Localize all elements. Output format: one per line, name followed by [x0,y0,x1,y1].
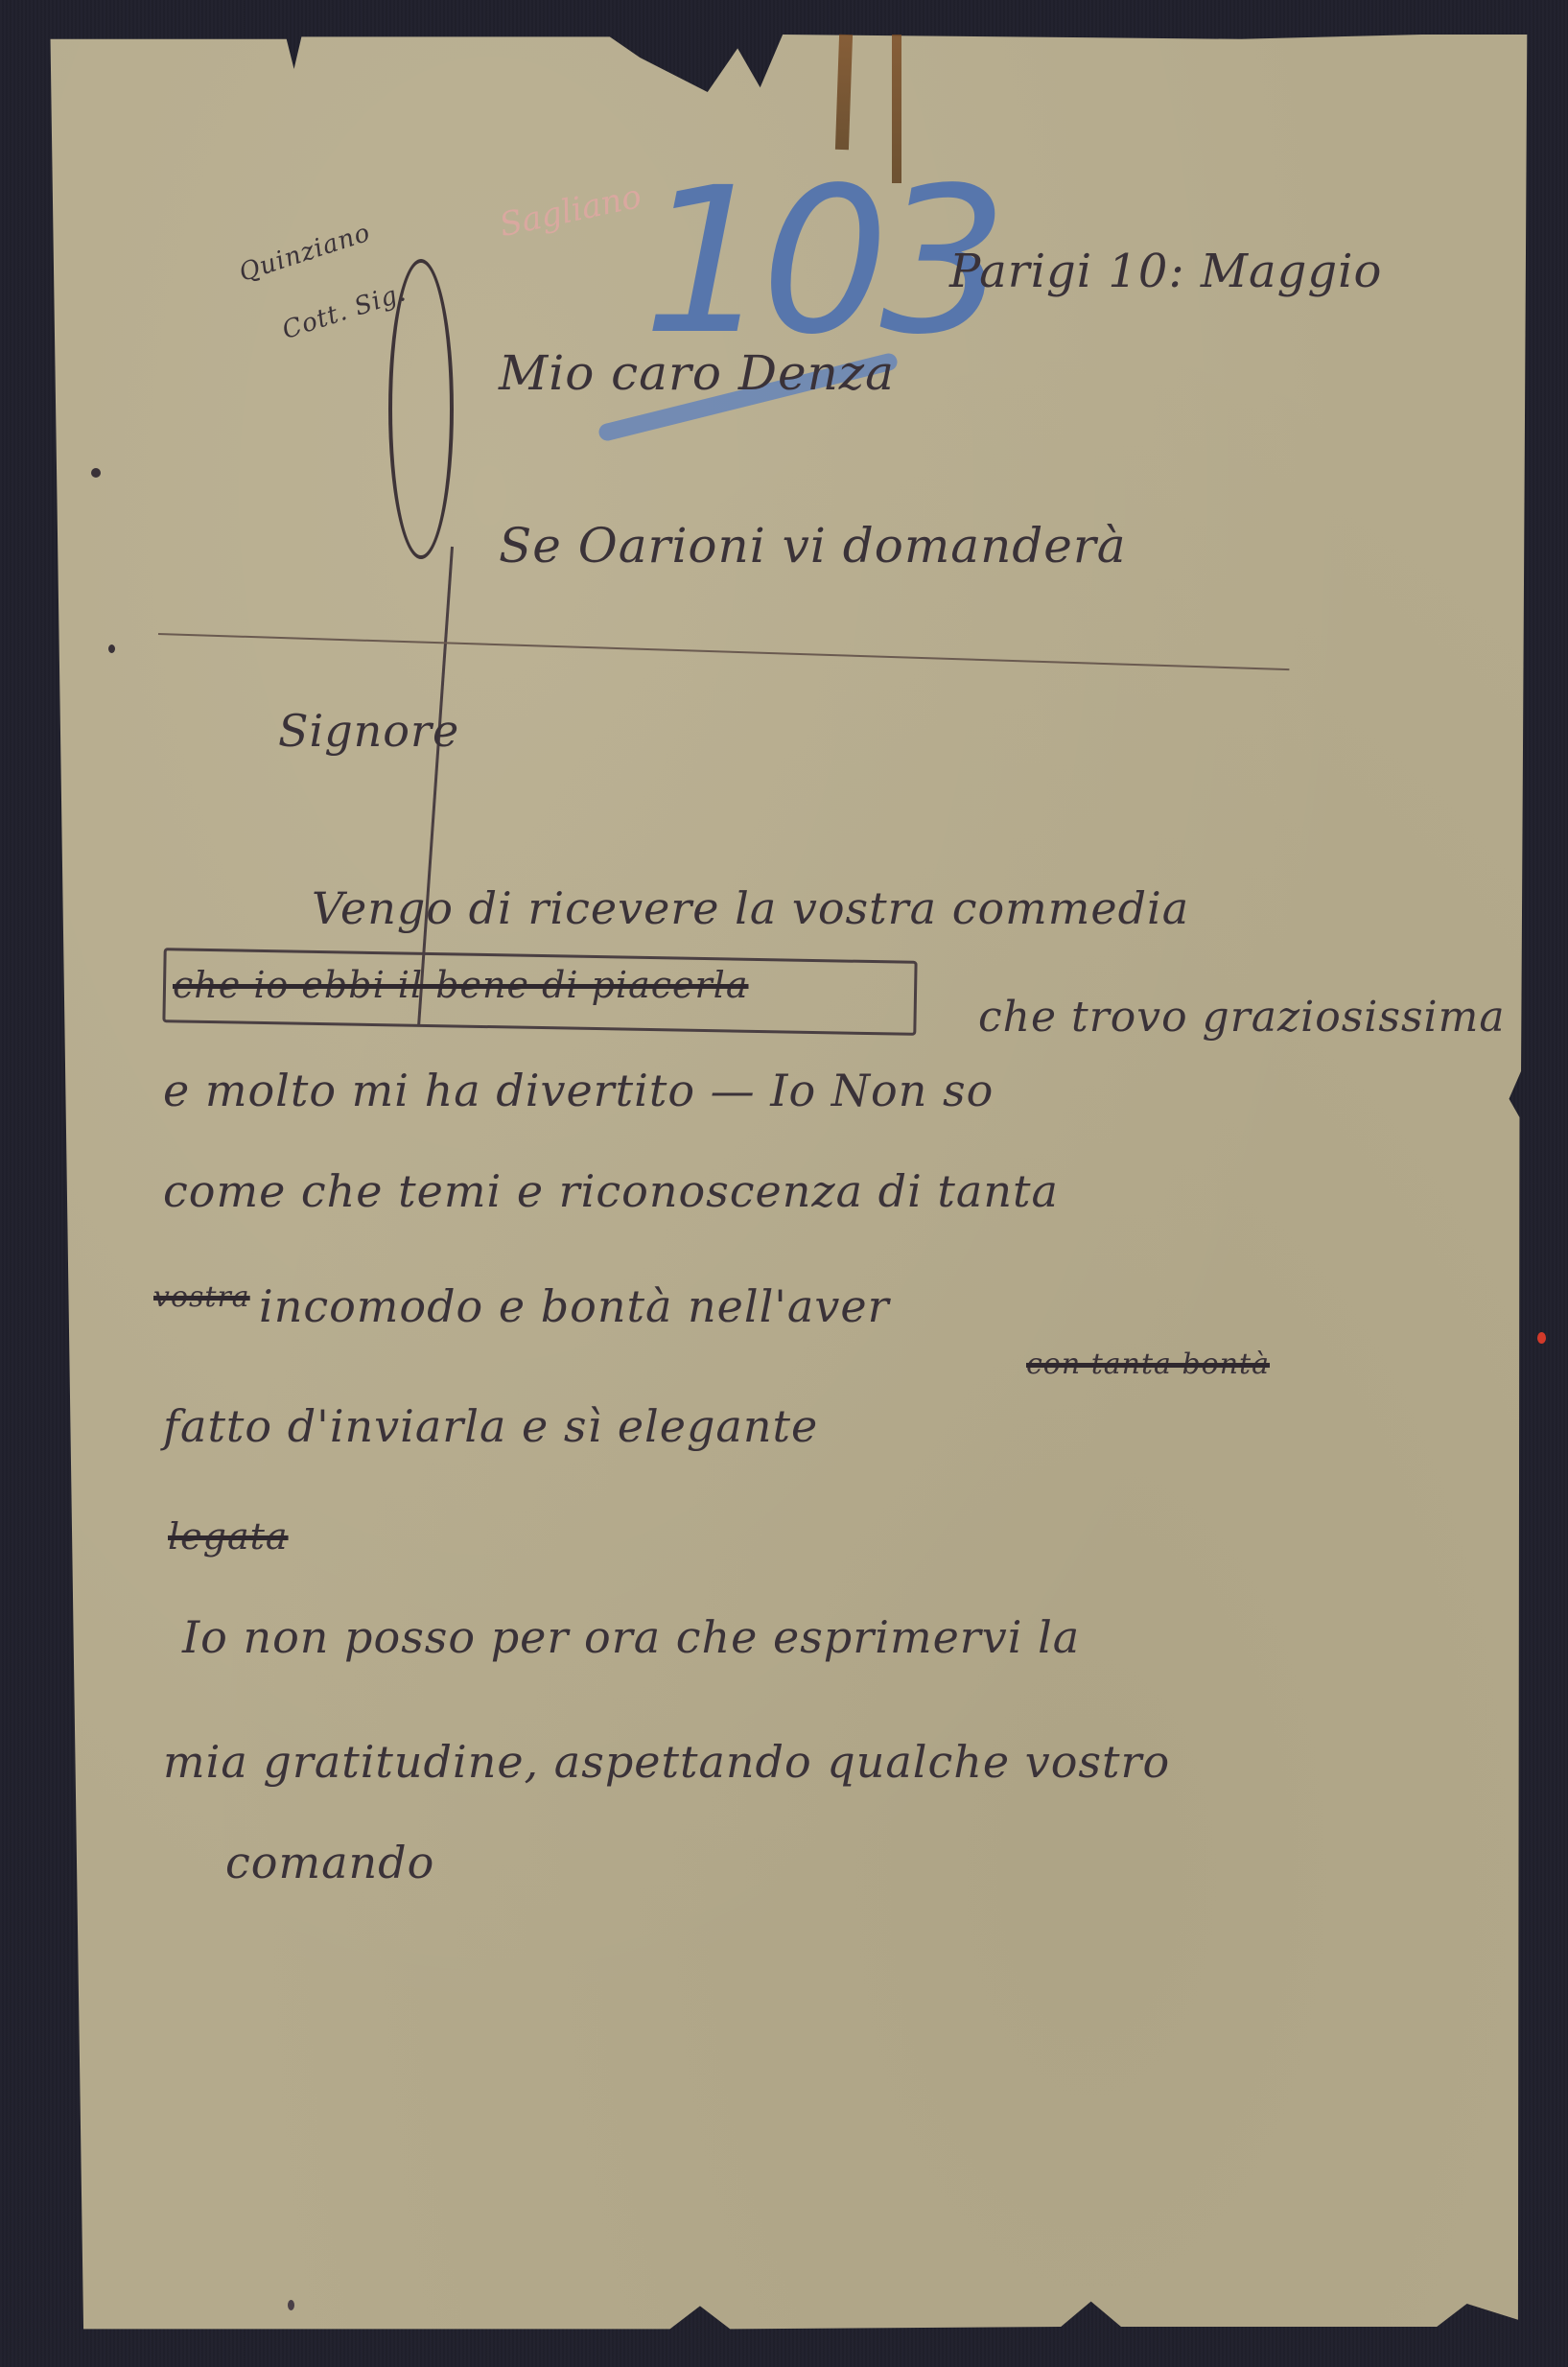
struck-phrase: con tanta bontà [1026,1348,1270,1381]
salutation: Mio caro Denza [499,345,895,401]
ink-blot [91,468,101,478]
body-line-8: mia gratitudine, aspettando qualche vost… [163,1736,1170,1788]
blue-pencil-number: 103 [643,144,998,379]
ink-blot [288,2300,294,2310]
body-line-7: Io non posso per ora che esprimervi la [182,1611,1080,1663]
dateline: Parigi 10: Maggio [949,245,1382,298]
ink-blot [108,644,115,653]
body-line-9: comando [225,1837,434,1888]
struck-word-legata: legata [168,1515,289,1558]
struck-word-vostra: vostra [153,1280,250,1314]
flourish-oval [388,259,454,559]
struck-passage: che io ebbi il bene di piacerla [173,964,748,1006]
red-mark [1537,1332,1546,1344]
opening-word: Signore [278,705,459,757]
body-line-6: fatto d'inviarla e sì elegante [163,1400,818,1452]
body-line-4: come che temi e riconoscenza di tanta [163,1165,1059,1217]
body-line-5: incomodo e bontà nell'aver [259,1280,890,1332]
body-line-2: che trovo graziosissima [978,993,1506,1042]
instruction-line: Se Oarioni vi domanderà [499,518,1127,574]
body-line-1: Vengo di ricevere la vostra commedia [312,882,1189,934]
body-line-3: e molto mi ha divertito — Io Non so [163,1065,994,1116]
